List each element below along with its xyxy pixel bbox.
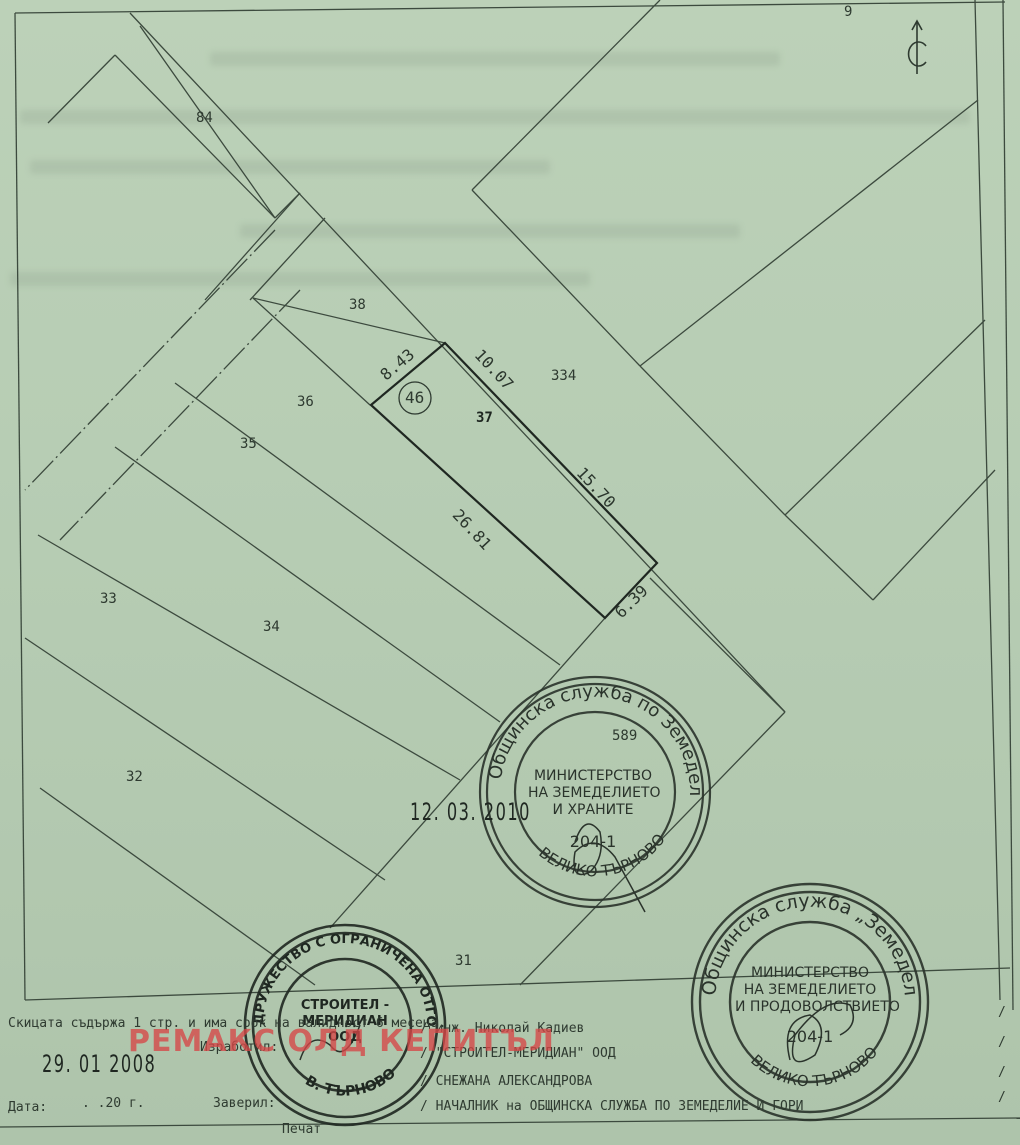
footer-slash: / [998,1035,1006,1050]
parcel-label: 33 [100,591,117,607]
footer-chief-title: / НАЧАЛНИК на ОБЩИНСКА СЛУЖБА ПО ЗЕМЕДЕЛ… [420,1099,804,1114]
parcel-label: 31 [455,953,472,969]
svg-text:В. ТЪРНОВО: В. ТЪРНОВО [302,1065,399,1100]
parcel-label: 38 [349,297,366,313]
footer-seal-label: Печат [282,1122,321,1137]
north-arrow-icon [902,18,932,76]
subject-parcel-number: 37 [476,410,493,426]
parcel-label: 34 [263,619,280,635]
footer-date-value: . .20 г. [82,1096,145,1111]
agency-watermark: РЕМАКС ОЛД КЕПИТЪЛ [128,1024,555,1059]
footer-slash: / [998,1065,1006,1080]
stamp-date-2010: 12. 03. 2010 [410,798,531,826]
footer-slash: / [998,1090,1006,1105]
footer-date-label: Дата: [8,1100,47,1115]
stamp-ministry-food-text: МИНИСТЕРСТВО НА ЗЕМЕДЕЛИЕТО И ХРАНИТЕ 20… [528,768,658,850]
stamp-ministry-agri-text: МИНИСТЕРСТВО НА ЗЕМЕДЕЛИЕТО И ПРОДОВОЛСТ… [735,965,885,1045]
parcel-label: 84 [196,110,213,126]
svg-text:Общинска служба „Земеделие и г: Общинска служба „Земеделие и гори“ [0,0,922,997]
svg-text:ДРУЖЕСТВО С ОГРАНИЧЕНА ОТГОВОР: ДРУЖЕСТВО С ОГРАНИЧЕНА ОТГОВОРНОСТ [0,0,438,1027]
footer-certified-label: Заверил: [213,1096,276,1111]
parcel-label: 36 [297,394,314,410]
parcel-label: 589 [612,728,637,744]
parcel-label: 9 [844,4,852,20]
parcel-label: 32 [126,769,143,785]
subject-parcel-circle-label: 46 [405,388,424,407]
svg-text:ВЕЛИКО ТЪРНОВО: ВЕЛИКО ТЪРНОВО [747,1043,881,1090]
parcel-label: 35 [240,436,257,452]
parcel-label: 334 [551,368,576,384]
footer-certified-name: / СНЕЖАНА АЛЕКСАНДРОВА [420,1074,592,1089]
footer-slash: / [998,1005,1006,1020]
